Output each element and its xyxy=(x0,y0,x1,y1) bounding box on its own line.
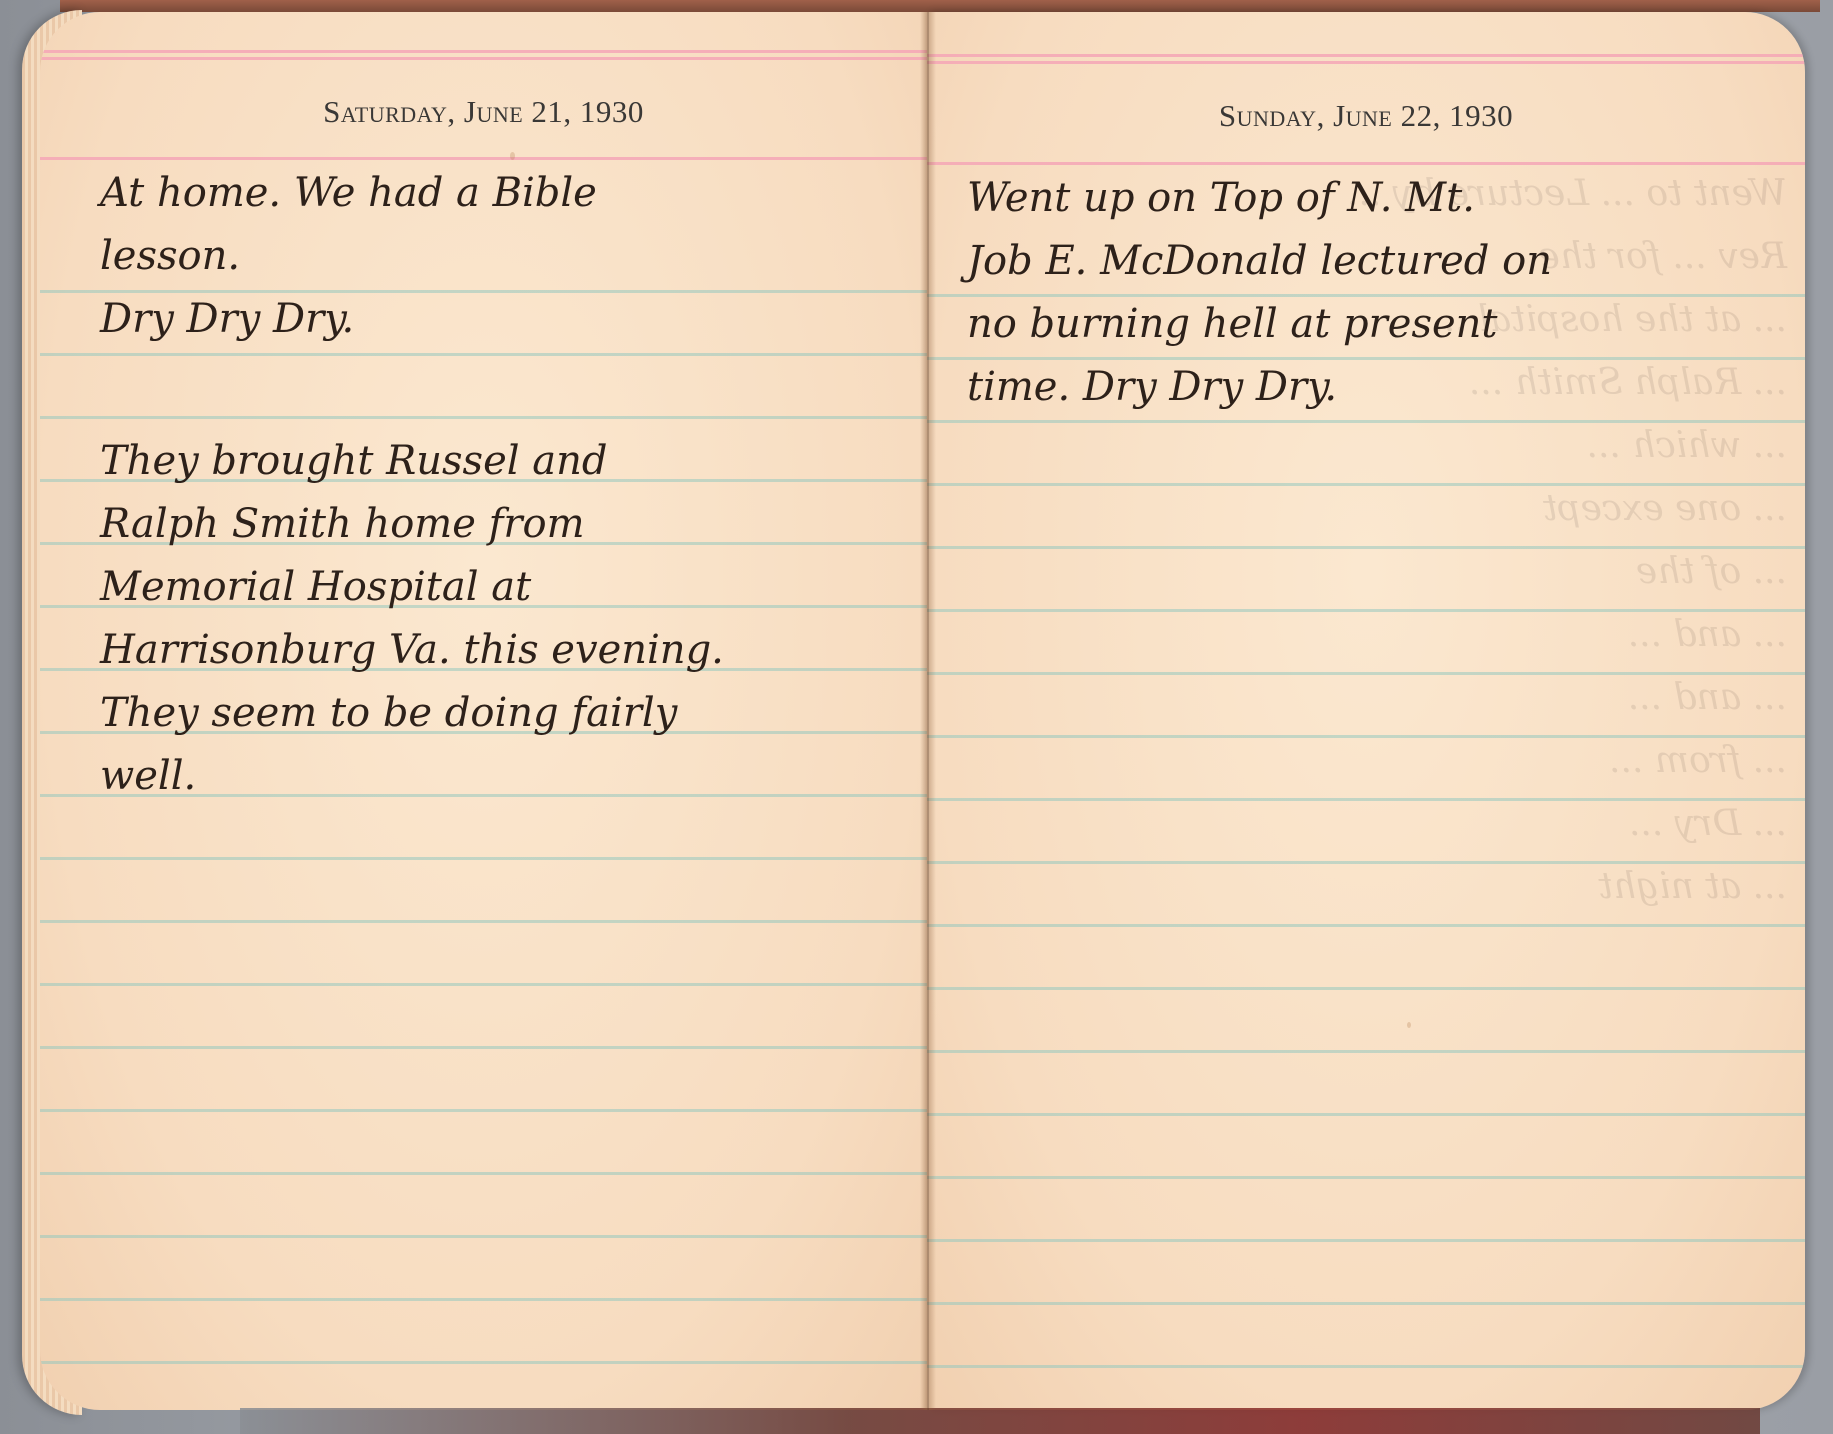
entry-paragraph-2: They brought Russel and Ralph Smith home… xyxy=(100,430,724,808)
date-header-sunday: Sunday, June 22, 1930 xyxy=(927,98,1805,134)
entry-paragraph-1: Went up on Top of N. Mt. Job E. McDonald… xyxy=(967,167,1552,419)
left-page: Saturday, June 21, 1930 At home. We had … xyxy=(40,12,927,1410)
header-underline-rule xyxy=(40,157,927,160)
top-double-rule-1 xyxy=(927,54,1805,57)
book-gutter-spine xyxy=(920,12,936,1410)
top-double-rule-1 xyxy=(40,50,927,53)
right-page: Sunday, June 22, 1930 Went to ... Lectur… xyxy=(927,12,1805,1410)
top-double-rule-2 xyxy=(40,57,927,60)
ink-speck xyxy=(1407,1022,1411,1028)
book-cover-top-edge xyxy=(60,0,1820,12)
book-cover-bottom-edge xyxy=(240,1408,1760,1434)
ink-speck xyxy=(510,152,515,160)
ruled-lines xyxy=(40,230,927,1410)
date-header-saturday: Saturday, June 21, 1930 xyxy=(40,94,927,130)
top-double-rule-2 xyxy=(927,61,1805,64)
entry-paragraph-1: At home. We had a Bible lesson. Dry Dry … xyxy=(100,162,597,351)
diary-open-spread: Saturday, June 21, 1930 At home. We had … xyxy=(40,12,1805,1410)
